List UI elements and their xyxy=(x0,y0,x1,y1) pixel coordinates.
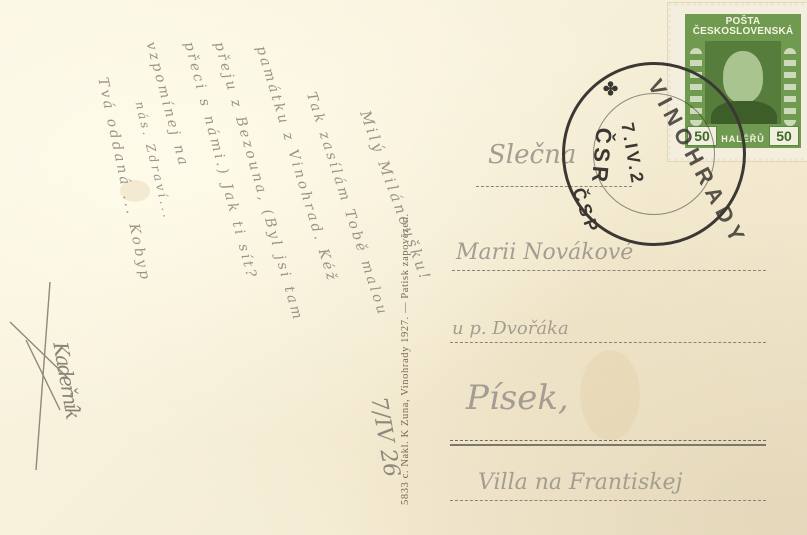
paper-stain xyxy=(580,350,640,440)
address-line5: Villa na Frantiskej xyxy=(478,470,682,495)
address-line2: Marii Novákové xyxy=(456,240,633,265)
address-rule xyxy=(452,270,766,271)
postmark-side-text: ČSR xyxy=(586,127,617,187)
address-line3: u p. Dvořáka xyxy=(452,318,569,339)
postcard-back: 5833 c. Nakl. K Zuna, Vinohrady 1927. — … xyxy=(0,0,807,535)
address-rule xyxy=(450,500,766,501)
postmark: VINOHRADY 7.IV.2 ✤ ČSR ČSP xyxy=(562,62,746,246)
postmark-ornament-icon: ✤ xyxy=(603,79,618,100)
address-rule xyxy=(450,342,766,343)
address-rule-double xyxy=(450,440,766,441)
signature-flourish xyxy=(0,270,90,480)
postmark-bottom-text: ČSP xyxy=(567,185,603,238)
stamp-country-line2: ČESKOSLOVENSKÁ xyxy=(685,27,801,37)
stamp-value-right: 50 xyxy=(769,126,799,146)
address-line4: Písek, xyxy=(466,378,569,418)
date-note: 7/IV 26 xyxy=(365,395,404,479)
laurel-right-icon xyxy=(784,48,796,126)
